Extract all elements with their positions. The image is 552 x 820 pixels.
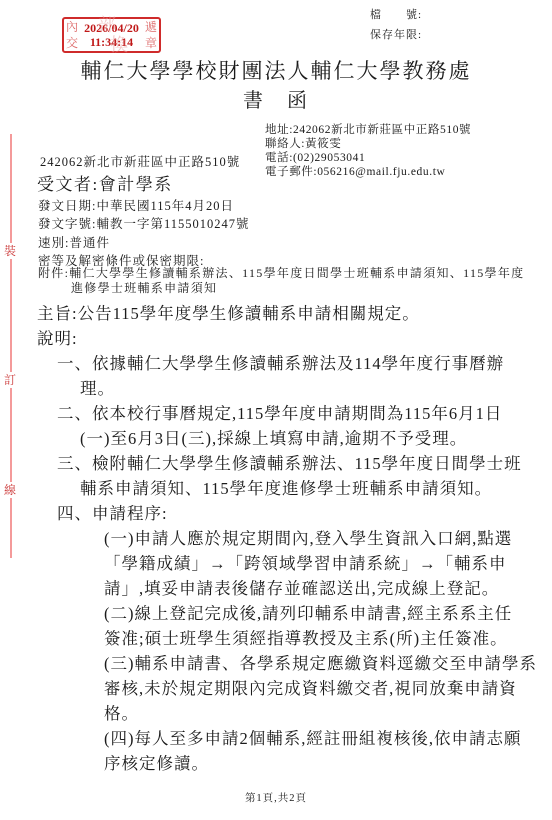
body-line: 「學籍成績」→「跨領域學習申請系統」→「輔系申 <box>0 551 552 576</box>
body-line: 輔系申請須知、115學年度進修學士班輔系申請須知。 <box>0 476 552 501</box>
document-type: 書 函 <box>0 84 552 113</box>
body-line: 審核,未於規定期限內完成資料繳交者,視同放棄申請資 <box>0 676 552 701</box>
document-number: 發文字號:輔教一字第1155010247號 <box>38 215 250 233</box>
body-line: 三、檢附輔仁大學學生修讀輔系辦法、115學年度日間學士班 <box>0 451 552 476</box>
body-line: 二、依本校行事曆規定,115學年度申請期間為115年6月1日 <box>0 401 552 426</box>
stamp-char-zhang: 章 <box>145 36 157 50</box>
binding-char-zhuang: 裝 <box>4 243 16 259</box>
contact-block: 地址:242062新北市新莊區中正路510號 聯絡人:黃筱雯 電話:(02)29… <box>265 123 471 179</box>
body-line: 四、申請程序: <box>0 501 552 526</box>
body-line: 主旨:公告115學年度學生修讀輔系申請相關規定。 <box>0 301 552 326</box>
contact-phone: 電話:(02)29053041 <box>265 151 471 165</box>
body-line: 序核定修讀。 <box>0 751 552 776</box>
contact-email: 電子郵件:056216@mail.fju.edu.tw <box>265 165 471 179</box>
body-line: (二)線上登記完成後,請列印輔系申請書,經主系系主任 <box>0 601 552 626</box>
stamp-char-nei: 內 <box>66 20 78 34</box>
contact-person: 聯絡人:黃筱雯 <box>265 137 471 151</box>
official-document-page: 裝 訂 線 內 交 部 換 2026/04/20 11:34:14 遞 章 檔 … <box>0 0 552 820</box>
body-line: (四)每人至多申請2個輔系,經註冊組複核後,依申請志願 <box>0 726 552 751</box>
body-line: (一)申請人應於規定期間內,登入學生資訊入口網,點選 <box>0 526 552 551</box>
document-title: 輔仁大學學校財團法人輔仁大學教務處 <box>0 55 552 85</box>
attachment-line1: 附件:輔仁大學學生修讀輔系辦法、115學年度日間學士班輔系申請須知、115學年度 <box>38 266 524 281</box>
recipient-name: 受文者:會計學系 <box>37 170 173 195</box>
stamp-datetime: 部 換 2026/04/20 11:34:14 <box>84 19 139 51</box>
delivery-date-stamp: 內 交 部 換 2026/04/20 11:34:14 遞 章 <box>62 17 161 53</box>
body-line: (三)輔系申請書、各學系規定應繳資料逕繳交至申請學系 <box>0 651 552 676</box>
attachment-block: 附件:輔仁大學學生修讀輔系辦法、115學年度日間學士班輔系申請須知、115學年度… <box>38 266 524 295</box>
stamp-right-column: 遞 章 <box>143 19 159 51</box>
stamp-time: 11:34:14 <box>90 35 133 49</box>
file-number-label: 檔 號: <box>370 5 422 25</box>
issue-date: 發文日期:中華民國115年4月20日 <box>38 197 250 215</box>
body-line: 請」,填妥申請表後儲存並確認送出,完成線上登記。 <box>0 576 552 601</box>
contact-address: 地址:242062新北市新莊區中正路510號 <box>265 123 471 137</box>
stamp-left-column: 內 交 <box>64 19 80 51</box>
body-line: 理。 <box>0 376 552 401</box>
delivery-speed: 速別:普通件 <box>38 234 250 252</box>
body-line: 格。 <box>0 701 552 726</box>
stamp-char-jiao: 交 <box>66 36 78 50</box>
recipient-address: 242062新北市新莊區中正路510號 <box>40 152 240 170</box>
retention-period-label: 保存年限: <box>370 25 422 45</box>
body-line: 簽准;碩士班學生須經指導教授及主系(所)主任簽准。 <box>0 626 552 651</box>
stamp-date: 2026/04/20 <box>84 21 139 35</box>
page-number: 第1頁,共2頁 <box>0 790 552 805</box>
body-line: 一、依據輔仁大學學生修讀輔系辦法及114學年度行事曆辦 <box>0 351 552 376</box>
body-line: (一)至6月3日(三),採線上填寫申請,逾期不予受理。 <box>0 426 552 451</box>
body-line: 說明: <box>0 326 552 351</box>
stamp-char-di: 遞 <box>145 20 157 34</box>
document-meta-block: 發文日期:中華民國115年4月20日 發文字號:輔教一字第1155010247號… <box>38 197 250 270</box>
body-text: 主旨:公告115學年度學生修讀輔系申請相關規定。說明:一、依據輔仁大學學生修讀輔… <box>0 301 552 776</box>
file-number-block: 檔 號: 保存年限: <box>370 5 422 45</box>
attachment-line2: 進修學士班輔系申請須知 <box>38 281 524 296</box>
